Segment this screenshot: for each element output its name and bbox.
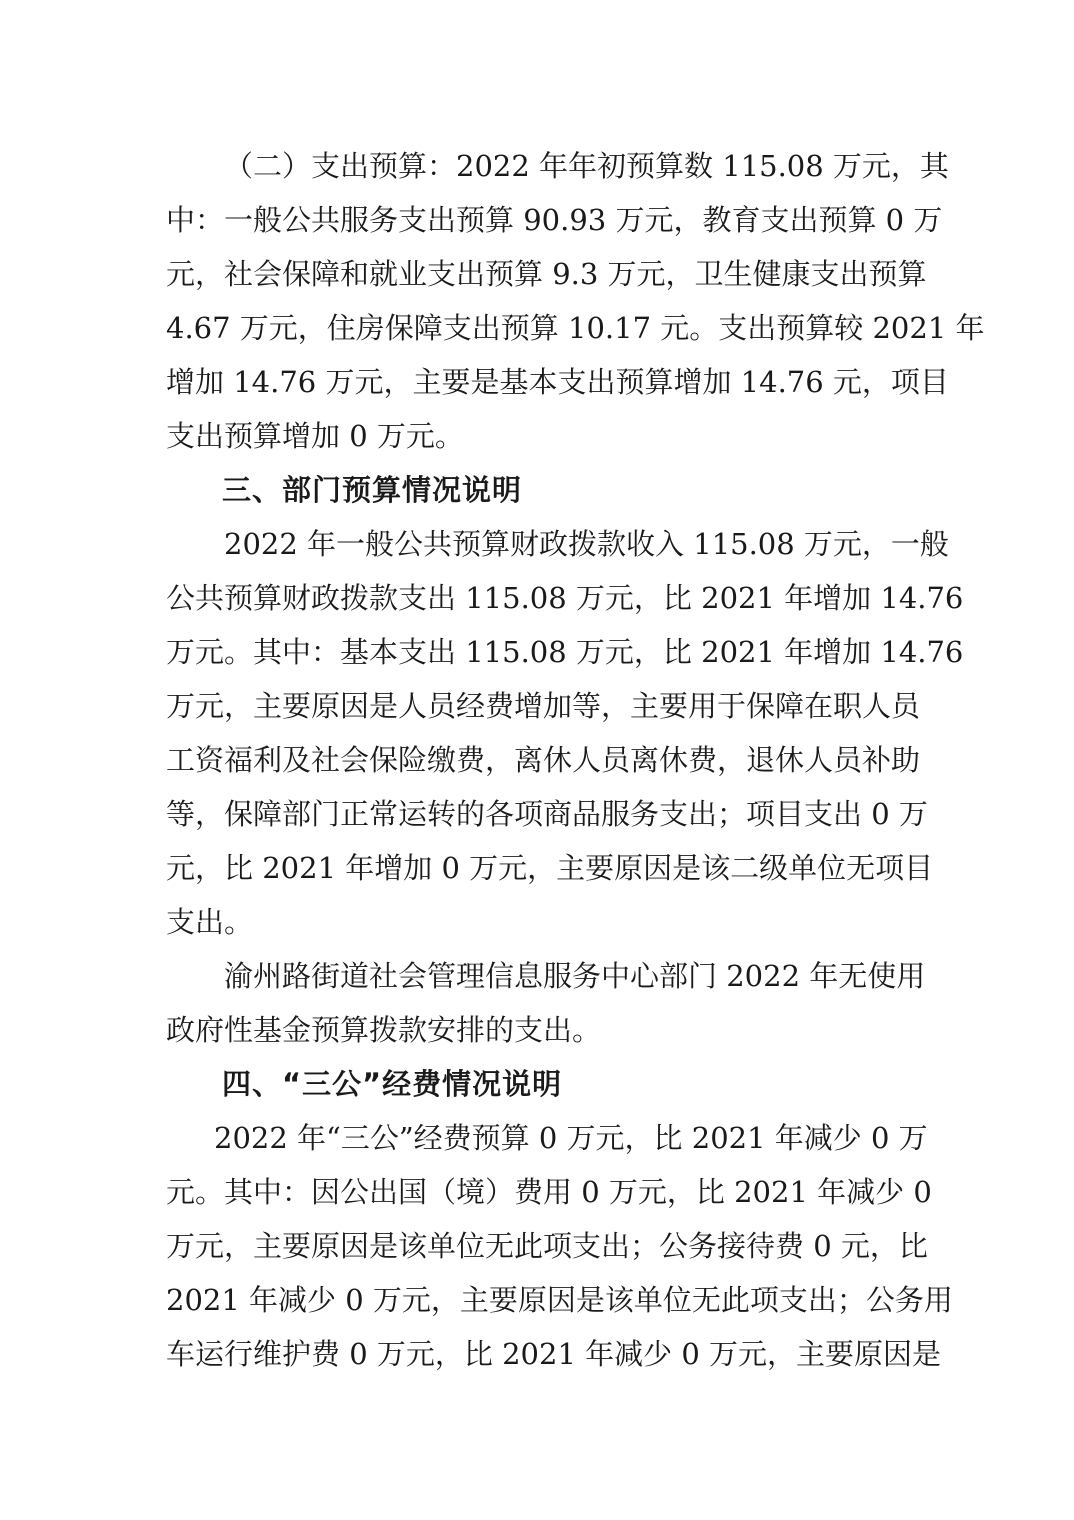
document-page: （二）支出预算：2022 年年初预算数 115.08 万元，其 中：一般公共服务…: [0, 0, 1074, 1520]
dept-budget-line-6: 等，保障部门正常运转的各项商品服务支出；项目支出 0 万: [166, 794, 910, 834]
expenditure-budget-line-5: 增加 14.76 万元，主要是基本支出预算增加 14.76 元，项目: [166, 362, 910, 402]
dept-budget-line-4: 万元，主要原因是人员经费增加等，主要用于保障在职人员: [166, 686, 910, 726]
dept-budget-line-8: 支出。: [166, 902, 910, 942]
expenditure-budget-line-1: （二）支出预算：2022 年年初预算数 115.08 万元，其: [224, 146, 910, 186]
dept-budget-line-5: 工资福利及社会保险缴费，离休人员离休费，退休人员补助: [166, 740, 910, 780]
expenditure-budget-line-2: 中：一般公共服务支出预算 90.93 万元，教育支出预算 0 万: [166, 200, 910, 240]
three-public-line-5: 车运行维护费 0 万元，比 2021 年减少 0 万元，主要原因是: [166, 1334, 910, 1374]
three-public-line-3: 万元，主要原因是该单位无此项支出；公务接待费 0 元，比: [166, 1226, 910, 1266]
expenditure-budget-line-4: 4.67 万元，住房保障支出预算 10.17 元。支出预算较 2021 年: [166, 308, 910, 348]
section-3-heading: 三、部门预算情况说明: [222, 470, 522, 510]
three-public-line-2: 元。其中：因公出国（境）费用 0 万元，比 2021 年减少 0: [166, 1172, 910, 1212]
dept-budget-line-3: 万元。其中：基本支出 115.08 万元，比 2021 年增加 14.76: [166, 632, 910, 672]
dept-budget-line-1: 2022 年一般公共预算财政拨款收入 115.08 万元，一般: [224, 524, 910, 564]
section-4-heading: 四、“三公”经费情况说明: [222, 1064, 562, 1104]
gov-fund-line-1: 渝州路街道社会管理信息服务中心部门 2022 年无使用: [224, 956, 910, 996]
expenditure-budget-line-6: 支出预算增加 0 万元。: [166, 416, 910, 456]
dept-budget-line-7: 元，比 2021 年增加 0 万元，主要原因是该二级单位无项目: [166, 848, 910, 888]
expenditure-budget-line-3: 元，社会保障和就业支出预算 9.3 万元，卫生健康支出预算: [166, 254, 910, 294]
gov-fund-line-2: 政府性基金预算拨款安排的支出。: [166, 1010, 910, 1050]
dept-budget-line-2: 公共预算财政拨款支出 115.08 万元，比 2021 年增加 14.76: [166, 578, 910, 618]
three-public-line-1: 2022 年“三公”经费预算 0 万元，比 2021 年减少 0 万: [214, 1118, 910, 1158]
three-public-line-4: 2021 年减少 0 万元，主要原因是该单位无此项支出；公务用: [166, 1280, 910, 1320]
